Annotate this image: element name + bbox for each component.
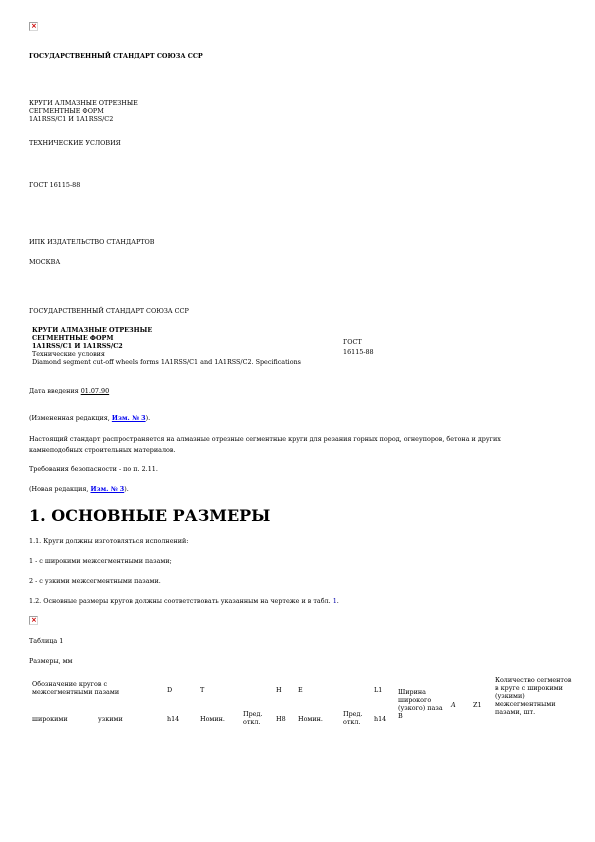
para-1-2: 1.2. Основные размеры кругов должны соот… — [29, 597, 339, 605]
changed-edition-prefix: (Измененная редакция, — [29, 414, 110, 422]
cover-city: МОСКВА — [29, 258, 60, 266]
col-D-tolerance: h14 — [167, 715, 179, 723]
col-L1-tolerance: h14 — [374, 715, 386, 723]
col-E: E — [298, 686, 303, 694]
col-Z1: Z1 — [473, 701, 482, 709]
col-designation: Обозначение кругов с межсегментными паза… — [32, 680, 162, 696]
col-H-tolerance: H8 — [276, 715, 286, 723]
cover-gost-code: ГОСТ 16115-88 — [29, 181, 80, 189]
changed-edition-note: (Измененная редакция, Изм. № 3). — [29, 414, 150, 422]
broken-image-icon: × — [29, 22, 38, 31]
col-T-nominal: Номин. — [200, 715, 225, 723]
main-header: ГОСУДАРСТВЕННЫЙ СТАНДАРТ СОЮЗА ССР — [29, 307, 189, 315]
intro-date-label: Дата введения — [29, 387, 79, 395]
cover-header: ГОСУДАРСТВЕННЫЙ СТАНДАРТ СОЮЗА ССР — [29, 52, 203, 60]
col-segment-count: Количество сегментов в круге с широкими … — [495, 676, 575, 716]
col-E-deviation: Пред. откл. — [343, 710, 369, 726]
safety-requirements: Требования безопасности - по п. 2.11. — [29, 465, 158, 473]
section-1-heading: 1. ОСНОВНЫЕ РАЗМЕРЫ — [29, 506, 270, 526]
changed-edition-suffix: ). — [146, 414, 151, 422]
cover-subtitle: ТЕХНИЧЕСКИЕ УСЛОВИЯ — [29, 139, 121, 147]
amendment-3-link[interactable]: Изм. № 3 — [112, 414, 146, 422]
col-wide: широкими — [32, 715, 68, 723]
cover-title-line-2: СЕГМЕНТНЫЕ ФОРМ — [29, 107, 104, 115]
col-L1: L1 — [374, 686, 382, 694]
main-title-line-3: 1A1RSS/C1 И 1A1RSS/C2 — [32, 342, 123, 350]
cover-title-line-3: 1A1RSS/C1 И 1A1RSS/C2 — [29, 115, 113, 123]
table-caption: Таблица 1 — [29, 637, 63, 645]
col-T: T — [200, 686, 204, 694]
col-slot-width-symbol: B — [398, 712, 403, 720]
intro-date-line: Дата введения 01.07.90 — [29, 387, 109, 395]
col-E-nominal: Номин. — [298, 715, 323, 723]
gost-label: ГОСТ — [343, 338, 362, 346]
col-A: A — [451, 701, 456, 709]
para-1-2-text: 1.2. Основные размеры кругов должны соот… — [29, 597, 331, 605]
scope-text-line-1: Настоящий стандарт распространяется на а… — [29, 435, 501, 443]
cover-title-line-1: КРУГИ АЛМАЗНЫЕ ОТРЕЗНЫЕ — [29, 99, 138, 107]
para-1-2-suffix: . — [337, 597, 339, 605]
list-item-2: 2 - с узкими межсегментными пазами. — [29, 577, 161, 585]
intro-date-value: 01.07.90 — [81, 387, 109, 395]
cover-publisher: ИПК ИЗДАТЕЛЬСТВО СТАНДАРТОВ — [29, 238, 155, 246]
new-edition-suffix: ). — [124, 485, 129, 493]
amendment-3-link-2[interactable]: Изм. № 3 — [90, 485, 124, 493]
para-1-1: 1.1. Круги должны изготовляться исполнен… — [29, 537, 188, 545]
document-page: × ГОСУДАРСТВЕННЫЙ СТАНДАРТ СОЮЗА ССР КРУ… — [0, 0, 595, 842]
new-edition-prefix: (Новая редакция, — [29, 485, 88, 493]
main-title-line-2: СЕГМЕНТНЫЕ ФОРМ — [32, 334, 113, 342]
gost-number: 16115-88 — [343, 348, 374, 356]
drawing-broken-image-icon: × — [29, 616, 38, 625]
new-edition-note: (Новая редакция, Изм. № 3). — [29, 485, 129, 493]
list-item-1: 1 - с широкими межсегментными пазами; — [29, 557, 172, 565]
main-title-line-1: КРУГИ АЛМАЗНЫЕ ОТРЕЗНЫЕ — [32, 326, 152, 334]
col-D: D — [167, 686, 172, 694]
col-H: H — [276, 686, 282, 694]
main-subtitle-en: Diamond segment cut-off wheels forms 1A1… — [32, 358, 301, 366]
main-subtitle-ru: Технические условия — [32, 350, 105, 358]
col-slot-width: Ширина широкого (узкого) паза — [398, 688, 450, 712]
table-units: Размеры, мм — [29, 657, 73, 665]
col-T-deviation: Пред. откл. — [243, 710, 269, 726]
scope-text-line-2: камнеподобных строительных материалов. — [29, 446, 175, 454]
col-narrow: узкими — [98, 715, 123, 723]
